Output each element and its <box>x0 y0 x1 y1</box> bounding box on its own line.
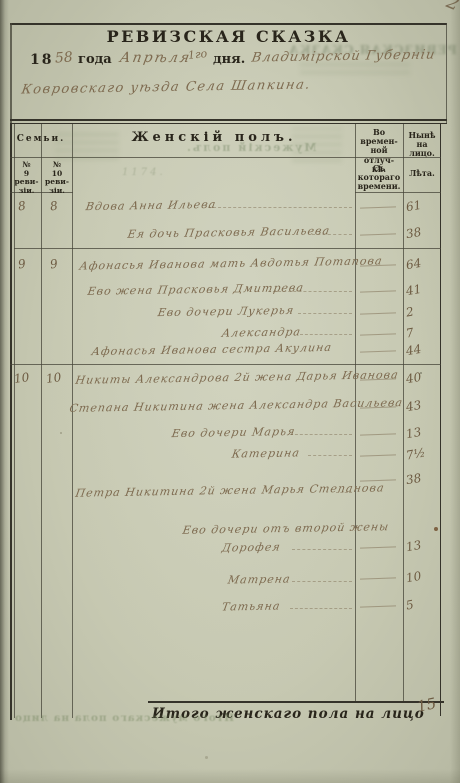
family-number-rev10: 9 <box>49 257 59 272</box>
age-value: 41 <box>405 282 422 298</box>
person-name: Ево дочери Лукерья <box>157 304 296 319</box>
person-name: Никиты Александрова 2й жена Дарья Иванов… <box>74 368 399 387</box>
person-name: Афонасья Иванова мать Авдотья Потапова <box>79 254 384 272</box>
age-value: 5 <box>405 597 415 612</box>
absence-column-dash <box>360 350 396 352</box>
person-name: Матрена <box>227 572 292 586</box>
ink-trail-line <box>290 434 352 435</box>
person-name: Катерина <box>231 446 301 460</box>
person-name: Александра <box>221 325 302 339</box>
absence-column-dash <box>360 333 396 335</box>
person-name: Степана Никитина жена Александра Василье… <box>68 396 404 415</box>
ink-trail-line <box>312 234 352 235</box>
absence-column-dash <box>360 206 396 208</box>
absence-column-dash <box>360 454 396 456</box>
person-name: Дорофея <box>221 540 282 554</box>
family-number-rev9: 8 <box>17 199 27 214</box>
absence-column-dash <box>360 233 396 235</box>
person-name: Ево дочери Марья <box>171 425 297 440</box>
age-value: 43 <box>405 398 422 414</box>
bleedthrough-bottom-total: Итого мужескаго пола на лицо <box>14 712 234 724</box>
paper-speck <box>420 372 422 374</box>
age-value: 13 <box>405 538 422 554</box>
age-value: 13 <box>405 425 422 441</box>
age-value: 2 <box>405 304 415 319</box>
person-name: Вдова Анна Ильева <box>85 198 218 213</box>
age-value: 38 <box>405 471 422 487</box>
absence-column-dash <box>360 312 396 314</box>
person-name: Ево жена Прасковья Дмитрева <box>87 281 305 298</box>
ink-trail-line <box>208 207 352 208</box>
ink-trail-line <box>300 334 352 335</box>
age-value: 7 <box>405 325 415 340</box>
age-value: 64 <box>405 256 422 272</box>
table-body: 88Вдова Анна Ильева61Ея дочь Прасковья В… <box>0 0 460 783</box>
revision-list-document-page: 2 РЕВИЗСКАЯ СКАЗКА РЕВИЗСКАЯ СКАЗКА 18 5… <box>0 0 460 783</box>
ink-trail-line <box>308 455 352 456</box>
family-number-rev9: 10 <box>13 370 30 386</box>
person-name: Петра Никитина 2й жена Марья Степанова <box>75 481 386 499</box>
ink-trail-line <box>336 492 352 493</box>
ink-trail-line <box>292 549 352 550</box>
age-value: 7½ <box>405 445 426 462</box>
ink-trail-line <box>268 291 352 292</box>
absence-column-dash <box>360 433 396 435</box>
ink-trail-line <box>292 581 352 582</box>
age-value: 38 <box>405 225 422 241</box>
total-rule <box>148 701 444 703</box>
age-value: 44 <box>405 342 422 358</box>
absence-column-dash <box>360 290 396 292</box>
absence-column-dash <box>360 546 396 548</box>
person-name: Афонасья Иванова сестра Акулина <box>91 341 333 358</box>
absence-column-dash <box>360 605 396 607</box>
age-value: 61 <box>405 198 422 214</box>
family-number-rev10: 8 <box>49 199 59 214</box>
paper-speck <box>60 432 62 434</box>
person-name: Ея дочь Прасковья Васильева <box>127 224 331 241</box>
person-name: Татьяна <box>221 599 282 613</box>
absence-column-dash <box>360 577 396 579</box>
paper-speck <box>205 756 208 759</box>
family-number-rev9: 9 <box>17 257 27 272</box>
ink-trail-line <box>298 313 352 314</box>
family-number-rev10: 10 <box>45 370 62 386</box>
ink-trail-line <box>290 608 352 609</box>
person-name: Ево дочери отъ второй жены <box>182 520 391 537</box>
age-value: 10 <box>405 569 422 585</box>
ink-speck <box>434 527 438 531</box>
